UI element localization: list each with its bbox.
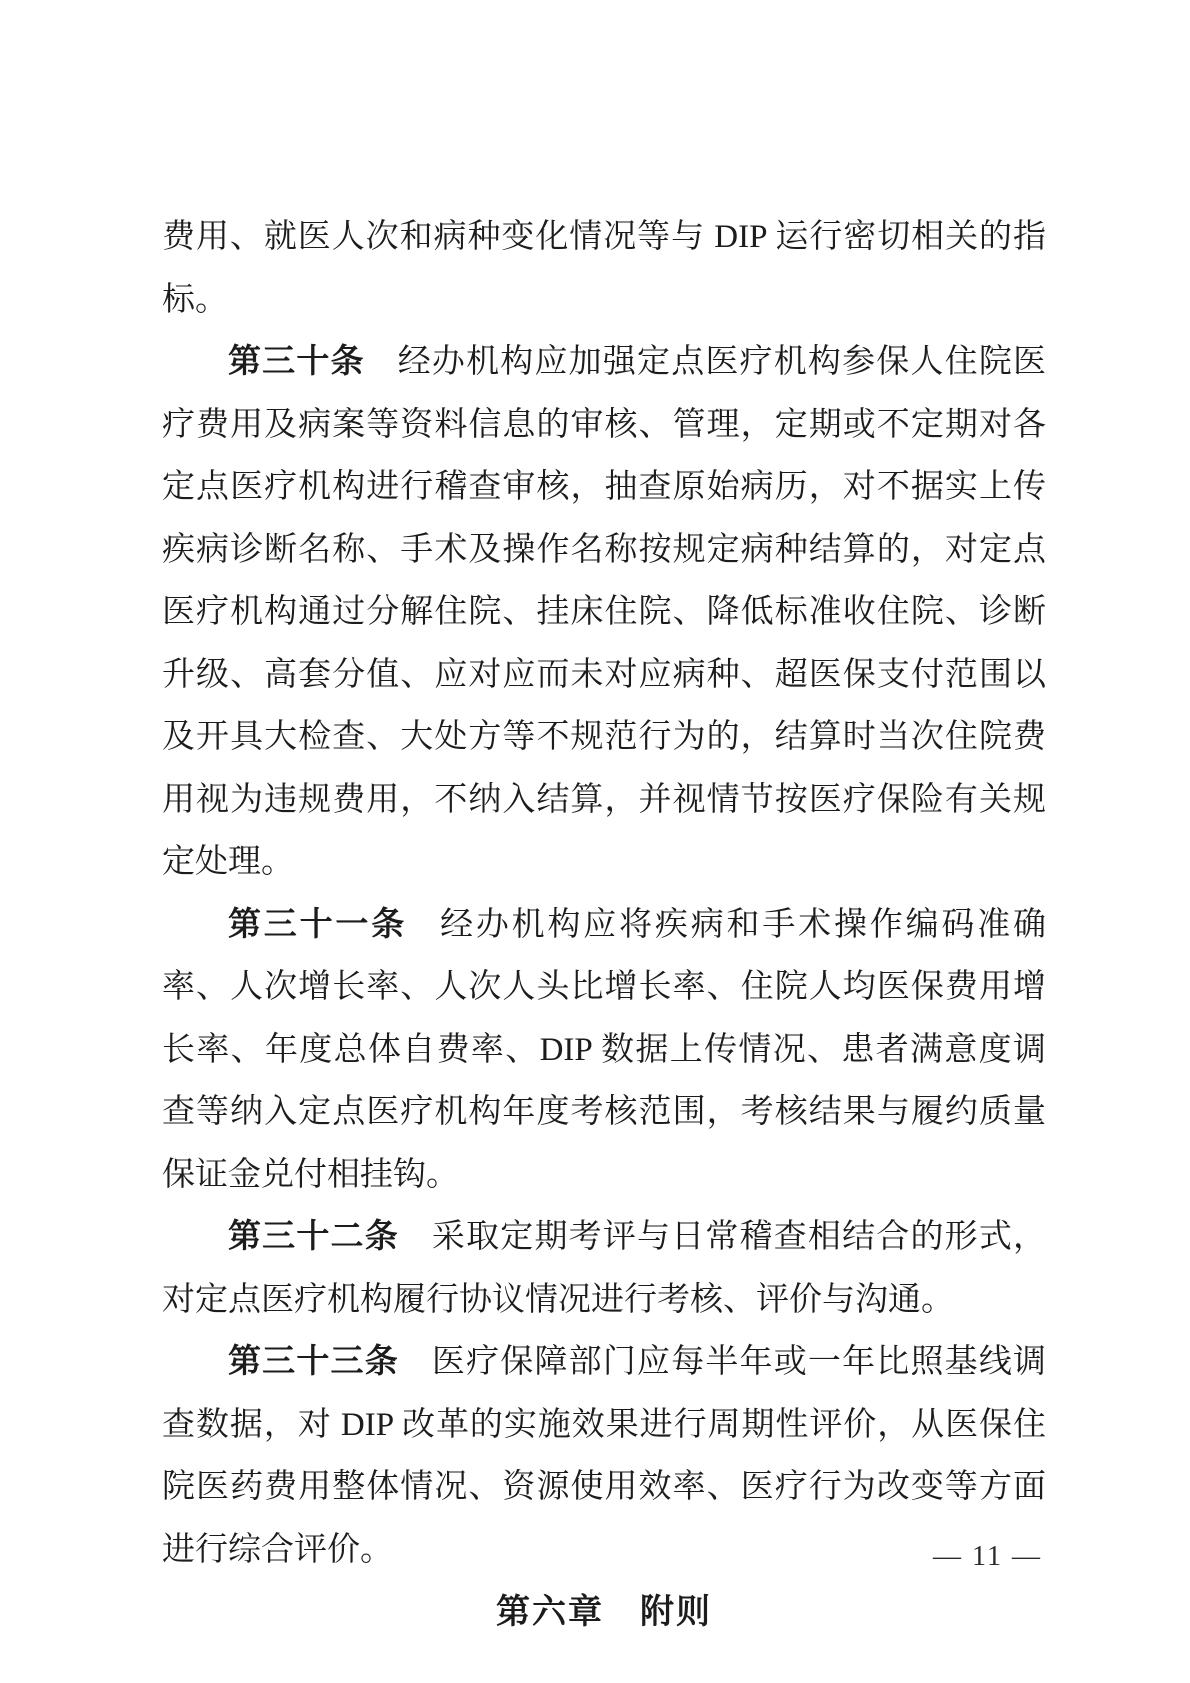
chapter-heading: 第六章 附则	[162, 1581, 1046, 1644]
page-content: 费用、就医人次和病种变化情况等与 DIP 运行密切相关的指标。 第三十条经办机构…	[162, 206, 1046, 1644]
paragraph-article-33: 第三十三条医疗保障部门应每半年或一年比照基线调查数据，对 DIP 改革的实施效果…	[162, 1331, 1046, 1581]
paragraph-continuation: 费用、就医人次和病种变化情况等与 DIP 运行密切相关的指标。	[162, 206, 1046, 331]
paragraph-article-31: 第三十一条经办机构应将疾病和手术操作编码准确率、人次增长率、人次人头比增长率、住…	[162, 894, 1046, 1207]
article-number: 第三十三条	[228, 1344, 399, 1380]
paragraph-text: 费用、就医人次和病种变化情况等与 DIP 运行密切相关的指标。	[162, 219, 1046, 318]
paragraph-article-30: 第三十条经办机构应加强定点医疗机构参保人住院医疗费用及病案等资料信息的审核、管理…	[162, 331, 1046, 894]
article-number: 第三十一条	[228, 907, 407, 943]
paragraph-text: 经办机构应将疾病和手术操作编码准确率、人次增长率、人次人头比增长率、住院人均医保…	[162, 907, 1046, 1193]
paragraph-text: 经办机构应加强定点医疗机构参保人住院医疗费用及病案等资料信息的审核、管理，定期或…	[162, 344, 1046, 880]
paragraph-article-32: 第三十二条采取定期考评与日常稽查相结合的形式，对定点医疗机构履行协议情况进行考核…	[162, 1206, 1046, 1331]
article-number: 第三十二条	[228, 1219, 399, 1255]
document-page: 费用、就医人次和病种变化情况等与 DIP 运行密切相关的指标。 第三十条经办机构…	[0, 0, 1190, 1683]
page-number: — 11 —	[933, 1541, 1042, 1573]
article-number: 第三十条	[228, 344, 365, 380]
